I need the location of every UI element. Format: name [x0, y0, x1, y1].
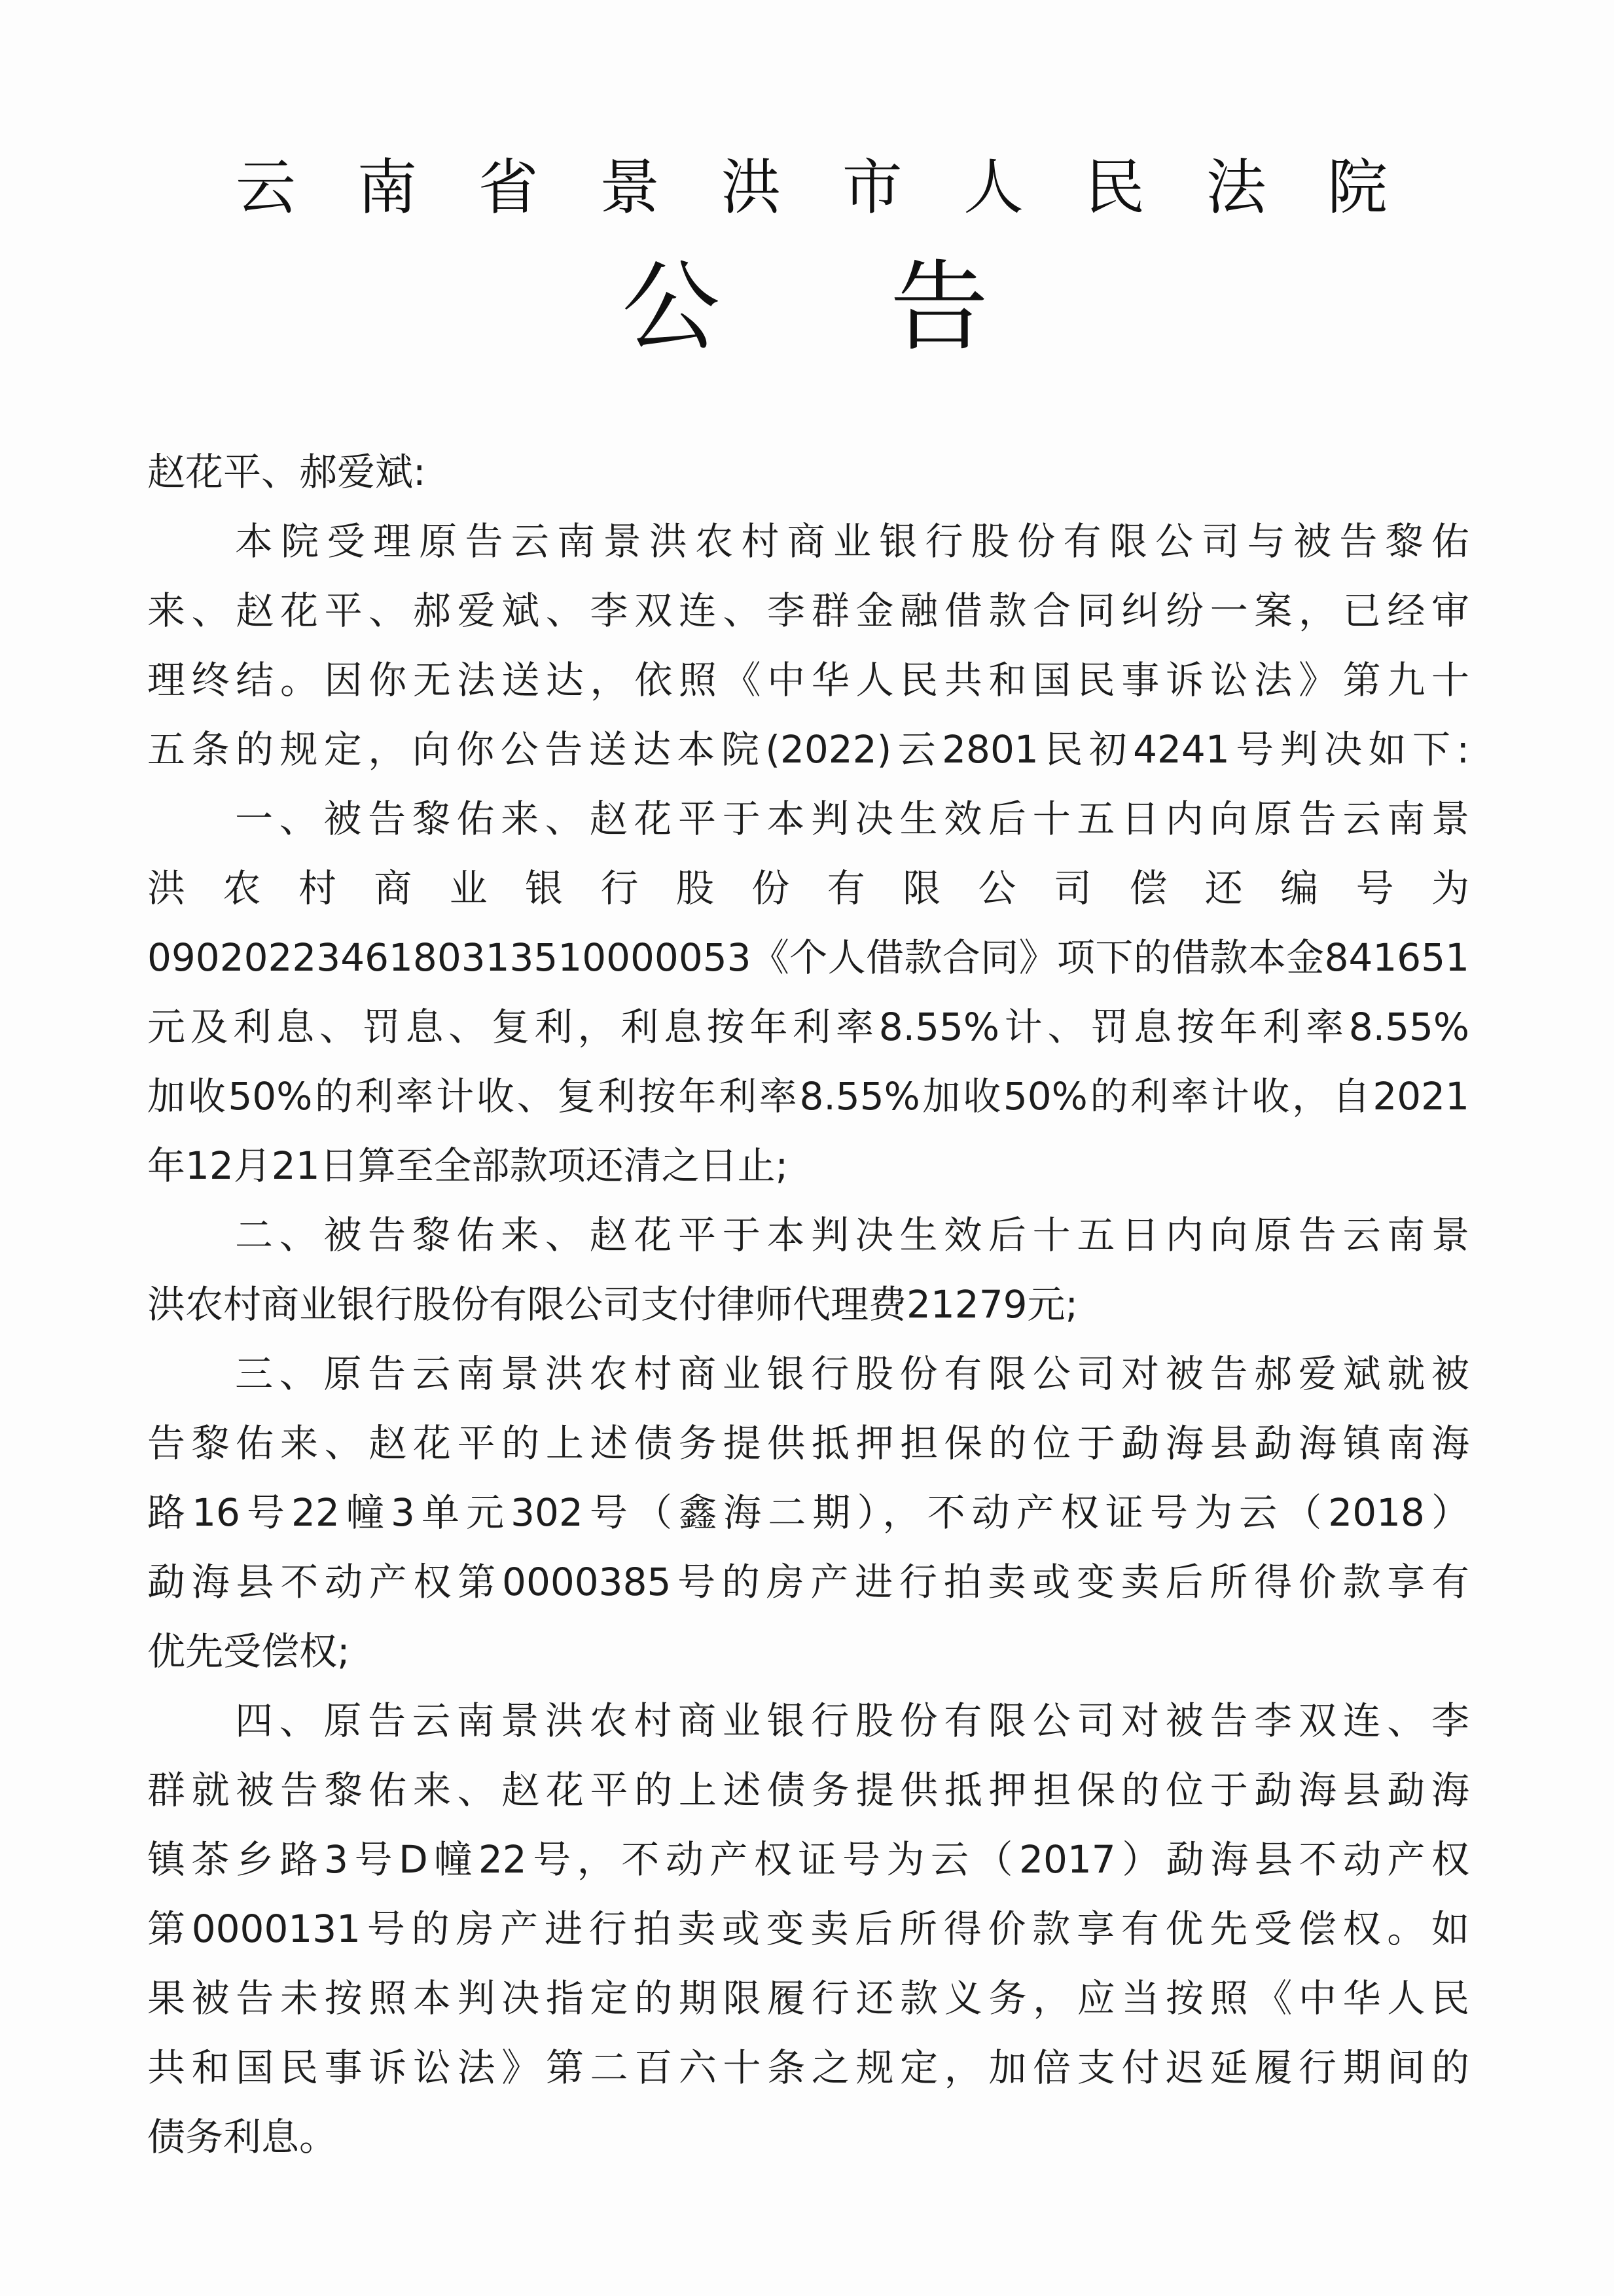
paragraph-intro: 本院受理原告云南景洪农村商业银行股份有限公司与被告黎佑 来、赵花平、郝爱斌、李双…	[147, 507, 1469, 784]
addressee-line: 赵花平、郝爱斌:	[147, 437, 1469, 507]
text-line: 三、原告云南景洪农村商业银行股份有限公司对被告郝爱斌就被	[147, 1339, 1469, 1408]
notice-title: 公 告	[622, 252, 988, 363]
judgment-item-4: 四、原告云南景洪农村商业银行股份有限公司对被告李双连、李 群就被告黎佑来、赵花平…	[147, 1686, 1469, 2172]
text-line: 来、赵花平、郝爱斌、李双连、李群金融借款合同纠纷一案，已经审	[147, 576, 1469, 645]
text-line: 第0000131号的房产进行拍卖或变卖后所得价款享有优先受偿权。如	[147, 1894, 1469, 1964]
text-line: 债务利息。	[147, 2102, 1469, 2172]
text-line: 果被告未按照本判决指定的期限履行还款义务，应当按照《中华人民	[147, 1964, 1469, 2033]
court-name-char: 景	[600, 152, 660, 224]
document-page: 云 南 省 景 洪 市 人 民 法 院 公 告 赵花平、郝爱斌: 本院受理原告云…	[0, 0, 1614, 2296]
judgment-item-3: 三、原告云南景洪农村商业银行股份有限公司对被告郝爱斌就被 告黎佑来、赵花平的上述…	[147, 1339, 1469, 1686]
court-name-char: 人	[963, 152, 1024, 224]
text-line: 本院受理原告云南景洪农村商业银行股份有限公司与被告黎佑	[147, 507, 1469, 576]
text-line: 四、原告云南景洪农村商业银行股份有限公司对被告李双连、李	[147, 1686, 1469, 1755]
text-line: 共和国民事诉讼法》第二百六十条之规定，加倍支付迟延履行期间的	[147, 2033, 1469, 2102]
text-line: 一、被告黎佑来、赵花平于本判决生效后十五日内向原告云南景	[147, 784, 1469, 853]
text-line: 洪 农 村 商 业 银 行 股 份 有 限 公 司 偿 还 编 号 为	[147, 853, 1469, 923]
court-name-char: 院	[1327, 152, 1388, 224]
text-line: 加收50%的利率计收、复利按年利率8.55%加收50%的利率计收，自2021	[147, 1062, 1469, 1131]
text-line: 群就被告黎佑来、赵花平的上述债务提供抵押担保的位于勐海县勐海	[147, 1755, 1469, 1825]
text-line: 优先受偿权;	[147, 1617, 1469, 1686]
text-line: 洪农村商业银行股份有限公司支付律师代理费21279元;	[147, 1270, 1469, 1339]
text-line: 五条的规定，向你公告送达本院(2022)云2801民初4241号判决如下:	[147, 715, 1469, 784]
text-line: 告黎佑来、赵花平的上述债务提供抵押担保的位于勐海县勐海镇南海	[147, 1408, 1469, 1478]
text-line: 路16号22幢3单元302号（鑫海二期），不动产权证号为云（2018）	[147, 1478, 1469, 1547]
text-line: 二、被告黎佑来、赵花平于本判决生效后十五日内向原告云南景	[147, 1200, 1469, 1270]
court-name-char: 南	[357, 152, 417, 224]
court-name-char: 民	[1085, 152, 1145, 224]
notice-body: 赵花平、郝爱斌: 本院受理原告云南景洪农村商业银行股份有限公司与被告黎佑 来、赵…	[147, 437, 1469, 2172]
court-name-heading: 云 南 省 景 洪 市 人 民 法 院	[236, 152, 1388, 224]
court-name-char: 法	[1206, 152, 1266, 224]
text-line: 勐海县不动产权第0000385号的房产进行拍卖或变卖后所得价款享有	[147, 1547, 1469, 1617]
judgment-item-1: 一、被告黎佑来、赵花平于本判决生效后十五日内向原告云南景 洪 农 村 商 业 银…	[147, 784, 1469, 1200]
court-name-char: 洪	[721, 152, 781, 224]
text-line: 镇茶乡路3号D幢22号，不动产权证号为云（2017）勐海县不动产权	[147, 1825, 1469, 1894]
text-line: 0902022346180313510000053《个人借款合同》项下的借款本金…	[147, 923, 1469, 992]
court-name-char: 云	[236, 152, 296, 224]
text-line: 年12月21日算至全部款项还清之日止;	[147, 1131, 1469, 1200]
text-line: 理终结。因你无法送达，依照《中华人民共和国民事诉讼法》第九十	[147, 645, 1469, 715]
title-char: 公	[622, 252, 720, 363]
court-name-char: 市	[842, 152, 903, 224]
judgment-item-2: 二、被告黎佑来、赵花平于本判决生效后十五日内向原告云南景 洪农村商业银行股份有限…	[147, 1200, 1469, 1339]
text-line: 元及利息、罚息、复利，利息按年利率8.55%计、罚息按年利率8.55%	[147, 992, 1469, 1062]
court-name-char: 省	[478, 152, 539, 224]
title-char: 告	[890, 252, 988, 363]
